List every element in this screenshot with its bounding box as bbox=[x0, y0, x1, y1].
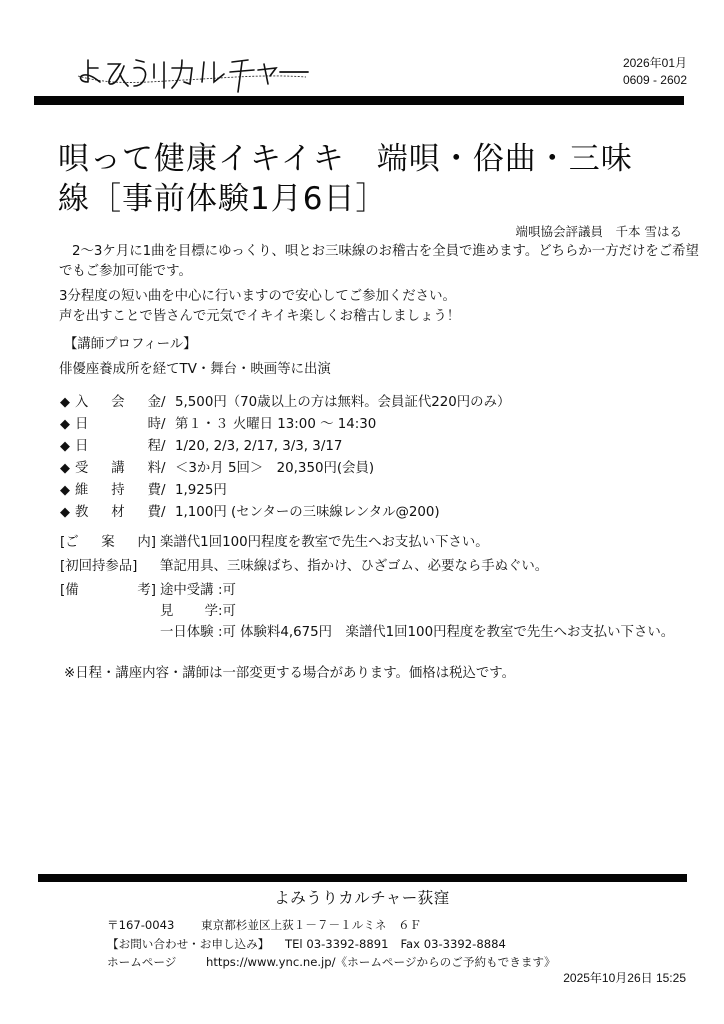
info-label: 日 時 bbox=[75, 414, 161, 436]
note-tag: [ご 案 内] bbox=[60, 532, 160, 553]
phone-number: TEl 03-3392-8891 bbox=[285, 935, 388, 954]
info-row-materials-fee: ◆ 教 材 費 / 1,100円 (センターの三味線レンタル@200) bbox=[60, 502, 680, 524]
separator: / bbox=[161, 414, 175, 436]
description-paragraph-1: 2〜3ケ月に1曲を目標にゆっくり、唄とお三味線のお稽古を全員で進めます。どちらか… bbox=[59, 242, 699, 282]
diamond-bullet-icon: ◆ bbox=[60, 480, 75, 502]
info-row-maintenance-fee: ◆ 維 持 費 / 1,925円 bbox=[60, 480, 680, 502]
course-title: 唄って健康イキイキ 端唄・俗曲・三味 線［事前体験1月6日］ bbox=[58, 139, 678, 219]
remark-one-day-trial: 一日体験 :可 体験料4,675円 楽譜代1回100円程度を教室で先生へお支払い… bbox=[160, 622, 700, 643]
inquiry-row: 【お問い合わせ・お申し込み】 TEl 03-3392-8891 Fax 03-3… bbox=[107, 935, 556, 954]
info-row-time: ◆ 日 時 / 第１・３ 火曜日 13:00 〜 14:30 bbox=[60, 414, 680, 436]
footer-divider bbox=[38, 874, 687, 882]
info-label: 受 講 料 bbox=[75, 458, 161, 480]
header-divider bbox=[34, 96, 684, 105]
description-paragraph-3: 声を出すことで皆さんで元気でイキイキ楽しくお稽古しましょう！ bbox=[59, 307, 699, 327]
contact-info: 〒167-0043 東京都杉並区上荻１－７－１ルミネ ６Ｆ 【お問い合わせ・お申… bbox=[107, 916, 556, 972]
note-tag: [備 考] bbox=[60, 580, 160, 601]
info-value: 1,100円 (センターの三味線レンタル@200) bbox=[175, 502, 680, 524]
info-label: 日 程 bbox=[75, 436, 161, 458]
diamond-bullet-icon: ◆ bbox=[60, 502, 75, 524]
diamond-bullet-icon: ◆ bbox=[60, 458, 75, 480]
course-title-line-2: 線［事前体験1月6日］ bbox=[58, 179, 678, 219]
brand-logo bbox=[74, 52, 324, 96]
remark-mid-course: 途中受講 :可 bbox=[160, 580, 700, 601]
note-remarks: [備 考] 途中受講 :可 見 学 :可 一日体験 :可 体験料4,675円 楽… bbox=[60, 580, 700, 643]
separator: / bbox=[161, 480, 175, 502]
instructor-name: 端唄協会評議員 千本 雪はる bbox=[516, 224, 682, 240]
separator: / bbox=[161, 458, 175, 480]
print-timestamp: 2025年10月26日 15:25 bbox=[563, 970, 686, 986]
info-row-tuition: ◆ 受 講 料 / ＜3か月 5回＞ 20,350円(会員) bbox=[60, 458, 680, 480]
note-guide: [ご 案 内] 楽譜代1回100円程度を教室で先生へお支払い下さい。 bbox=[60, 532, 700, 553]
fax-number: Fax 03-3392-8884 bbox=[400, 935, 505, 954]
info-value: 1,925円 bbox=[175, 480, 680, 502]
note-tag: [初回持参品] bbox=[60, 556, 160, 577]
course-description: 2〜3ケ月に1曲を目標にゆっくり、唄とお三味線のお稽古を全員で進めます。どちらか… bbox=[59, 242, 699, 327]
diamond-bullet-icon: ◆ bbox=[60, 414, 75, 436]
diamond-bullet-icon: ◆ bbox=[60, 436, 75, 458]
homepage-label: ホームページ bbox=[107, 953, 206, 972]
handwritten-logo-icon bbox=[74, 52, 324, 96]
issue-month: 2026年01月 bbox=[623, 55, 687, 72]
course-title-line-1: 唄って健康イキイキ 端唄・俗曲・三味 bbox=[58, 139, 678, 179]
info-label: 入 会 金 bbox=[75, 392, 161, 414]
homepage-row: ホームページ https://www.ync.ne.jp/ 《ホームページからの… bbox=[107, 953, 556, 972]
info-value: 1/20, 2/3, 2/17, 3/3, 3/17 bbox=[175, 436, 680, 458]
remarks-list: 途中受講 :可 見 学 :可 一日体験 :可 体験料4,675円 楽譜代1回10… bbox=[160, 580, 700, 643]
address: 東京都杉並区上荻１－７－１ルミネ ６Ｆ bbox=[201, 916, 421, 935]
profile-text: 俳優座養成所を経てTV・舞台・映画等に出演 bbox=[59, 360, 331, 380]
homepage-url[interactable]: https://www.ync.ne.jp/ bbox=[206, 953, 336, 972]
separator: / bbox=[161, 502, 175, 524]
info-label: 教 材 費 bbox=[75, 502, 161, 524]
issue-code: 0609 - 2602 bbox=[623, 72, 687, 89]
diamond-bullet-icon: ◆ bbox=[60, 392, 75, 414]
notes-section: [ご 案 内] 楽譜代1回100円程度を教室で先生へお支払い下さい。 [初回持参… bbox=[60, 532, 700, 646]
info-label: 維 持 費 bbox=[75, 480, 161, 502]
inquiry-label: 【お問い合わせ・お申し込み】 bbox=[107, 935, 285, 954]
homepage-note: 《ホームページからのご予約もできます》 bbox=[336, 953, 556, 972]
info-value: 5,500円（70歳以上の方は無料。会員証代220円のみ） bbox=[175, 392, 680, 414]
profile-heading: 【講師プロフィール】 bbox=[64, 335, 197, 355]
note-content: 楽譜代1回100円程度を教室で先生へお支払い下さい。 bbox=[160, 532, 700, 553]
issue-info: 2026年01月 0609 - 2602 bbox=[623, 55, 687, 89]
separator: / bbox=[161, 392, 175, 414]
remark-observation: 見 学 :可 bbox=[160, 601, 700, 622]
postal-code: 〒167-0043 bbox=[107, 916, 201, 935]
info-row-dates: ◆ 日 程 / 1/20, 2/3, 2/17, 3/3, 3/17 bbox=[60, 436, 680, 458]
info-row-admission-fee: ◆ 入 会 金 / 5,500円（70歳以上の方は無料。会員証代220円のみ） bbox=[60, 392, 680, 414]
disclaimer: ※日程・講座内容・講師は一部変更する場合があります。価格は税込です。 bbox=[64, 664, 515, 684]
info-value: ＜3か月 5回＞ 20,350円(会員) bbox=[175, 458, 680, 480]
address-row: 〒167-0043 東京都杉並区上荻１－７－１ルミネ ６Ｆ bbox=[107, 916, 556, 935]
fee-schedule-list: ◆ 入 会 金 / 5,500円（70歳以上の方は無料。会員証代220円のみ） … bbox=[60, 392, 680, 524]
info-value: 第１・３ 火曜日 13:00 〜 14:30 bbox=[175, 414, 680, 436]
note-items-to-bring: [初回持参品] 筆記用具、三味線ばち、指かけ、ひざゴム、必要なら手ぬぐい。 bbox=[60, 556, 700, 577]
description-paragraph-2: 3分程度の短い曲を中心に行いますので安心してご参加ください。 bbox=[59, 287, 699, 307]
center-name: よみうりカルチャー荻窪 bbox=[0, 887, 724, 909]
separator: / bbox=[161, 436, 175, 458]
note-content: 筆記用具、三味線ばち、指かけ、ひざゴム、必要なら手ぬぐい。 bbox=[160, 556, 700, 577]
